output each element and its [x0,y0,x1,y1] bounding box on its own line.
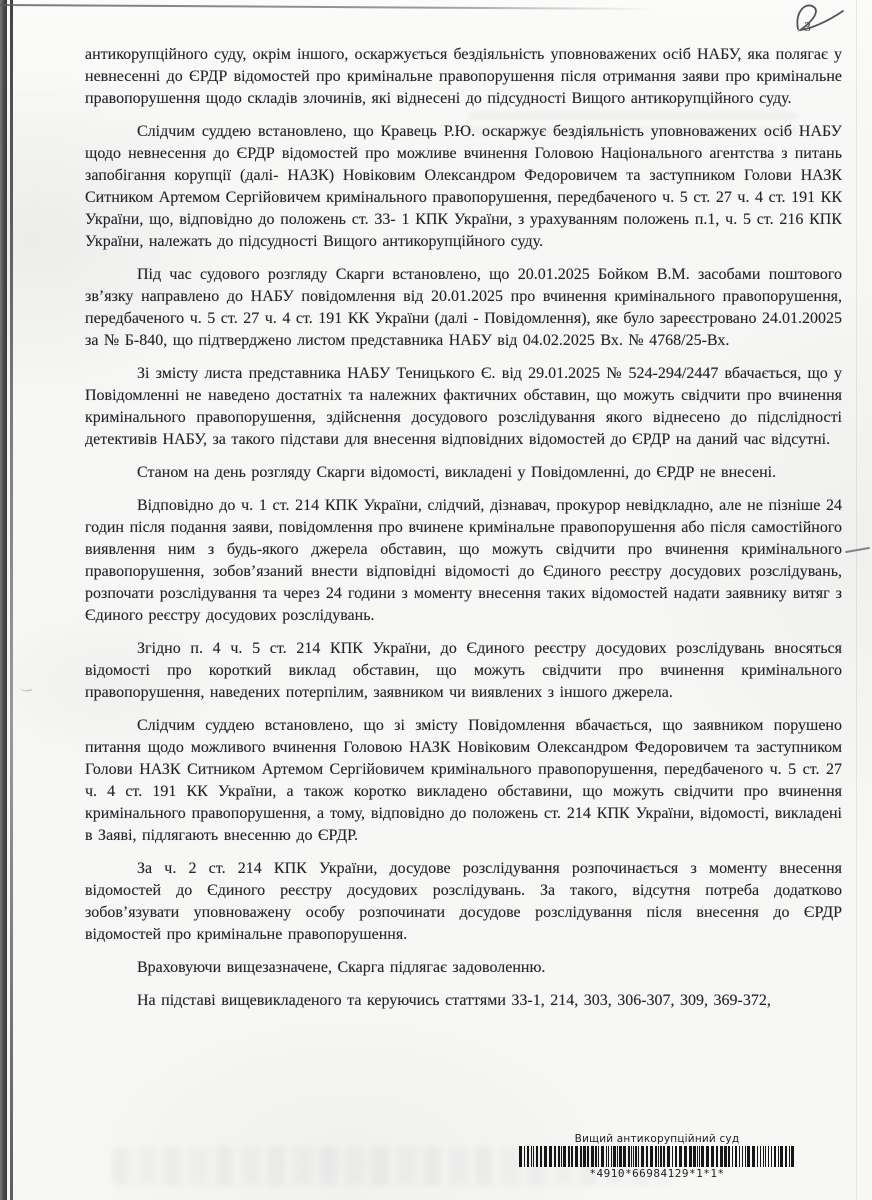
paragraph: Враховуючи вищезазначене, Скарга підляга… [85,957,842,979]
scanned-document-page: 3 антикорупційного суду, окрім іншого, о… [0,0,872,1200]
barcode-footer: Вищий антикорупційний суд *4910*66984129… [512,1133,802,1180]
top-paper-edge-line [0,4,655,10]
paragraph: Слідчим суддею встановлено, що зі змісту… [85,715,842,847]
paragraph: На підставі вищевикладеного та керуючись… [85,990,842,1012]
paragraph: За ч. 2 ст. 214 КПК України, досудове ро… [85,858,842,946]
stray-mark [19,682,32,694]
scanner-edge-band [0,0,7,1200]
paragraph: Зі змісту листа представника НАБУ Тениць… [85,363,842,451]
court-name: Вищий антикорупційний суд [512,1133,802,1145]
paragraph: Станом на день розгляду Скарги відомості… [85,462,842,484]
paragraph: Під час судового розгляду Скарги встанов… [85,264,842,352]
paper-fold-line [856,0,857,1200]
paragraph: Згідно п. 4 ч. 5 ст. 214 КПК України, до… [85,638,842,704]
pen-dash-mark [845,547,870,553]
paragraph: Відповідно до ч. 1 ст. 214 КПК України, … [85,495,842,627]
barcode-number: *4910*66984129*1*1* [512,1167,802,1180]
document-body: антикорупційного суду, окрім іншого, оск… [85,44,842,1023]
paragraph: антикорупційного суду, окрім іншого, оск… [85,44,842,110]
paragraph: Слідчим суддею встановлено, що Кравець Р… [85,121,842,253]
barcode [519,1146,795,1167]
handwritten-mark [792,1,850,43]
page-edge-line [10,0,13,1200]
